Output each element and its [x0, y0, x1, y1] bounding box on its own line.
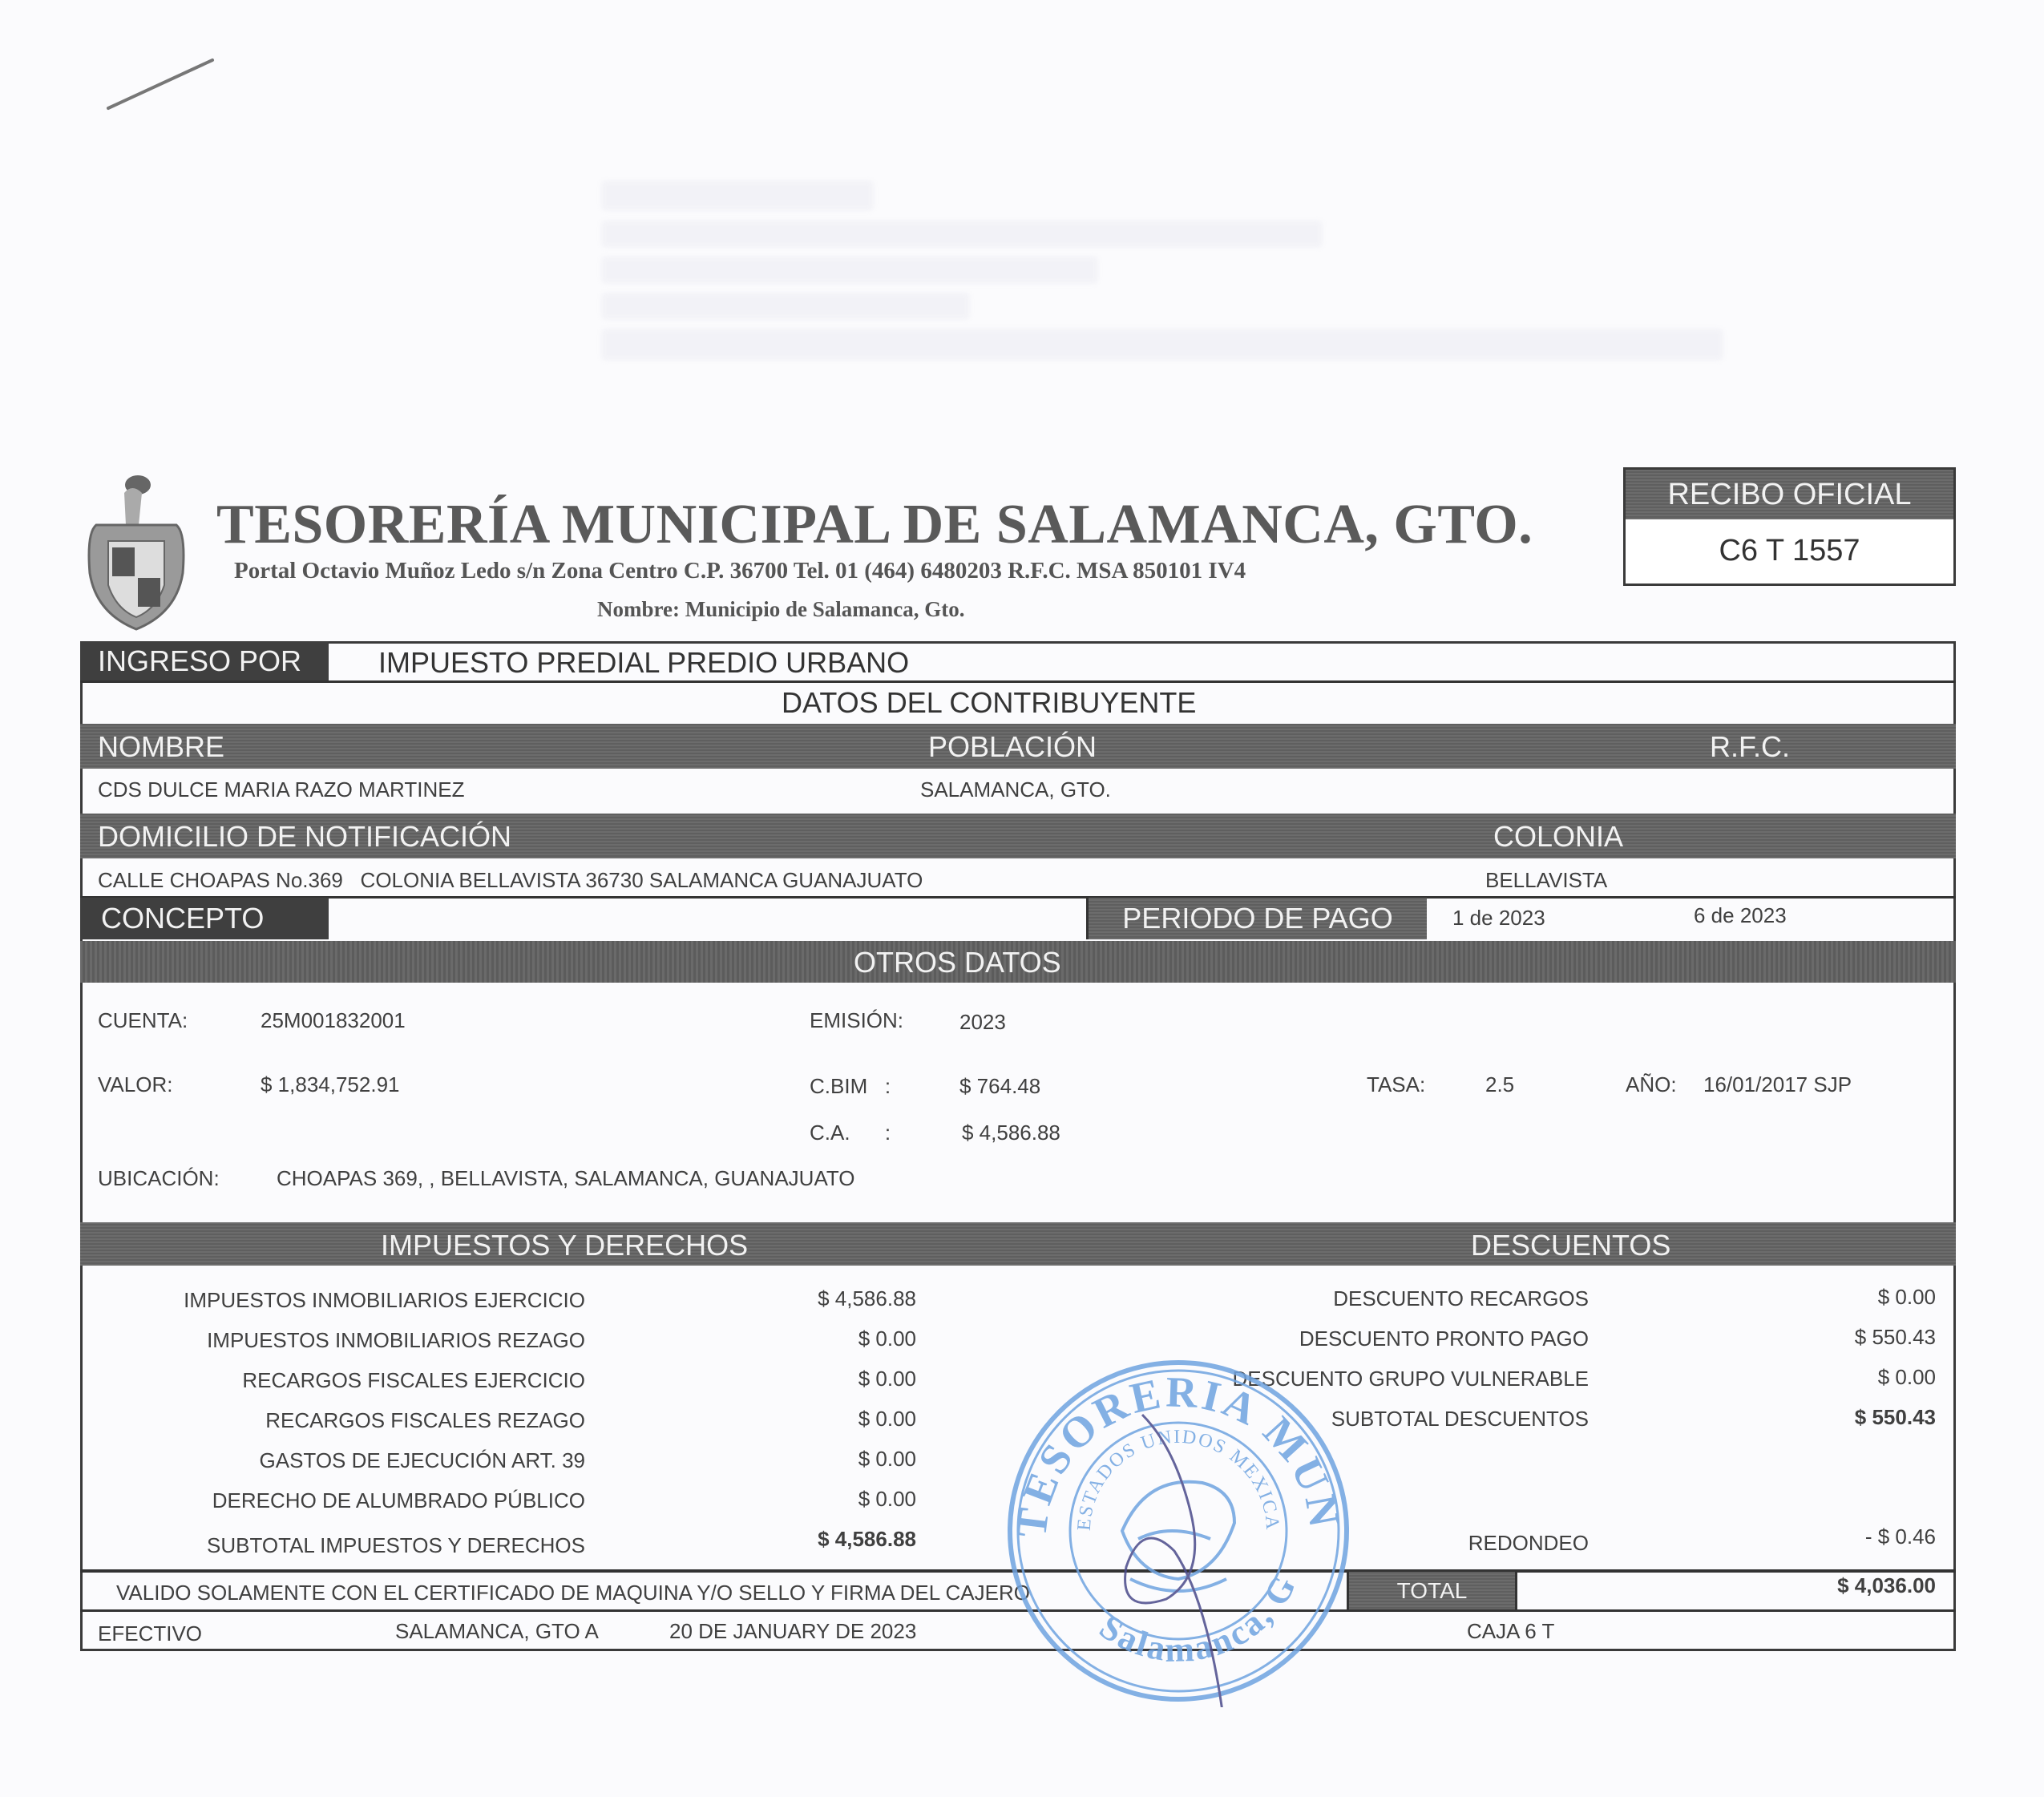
header-name-line: Nombre: Municipio de Salamanca, Gto. — [597, 597, 965, 622]
receipt-number: C6 T 1557 — [1626, 519, 1953, 584]
total-label-cell: TOTAL — [1349, 1572, 1517, 1610]
bleed-through-text — [601, 180, 874, 211]
impuesto-item-label: IMPUESTOS INMOBILIARIOS REZAGO — [80, 1328, 585, 1353]
ubicacion-value: CHOAPAS 369, , BELLAVISTA, SALAMANCA, GU… — [277, 1166, 855, 1191]
ingreso-label: INGRESO POR — [98, 644, 301, 677]
contribuyente-section-title: DATOS DEL CONTRIBUYENTE — [782, 686, 1196, 720]
page-title: TESORERÍA MUNICIPAL DE SALAMANCA, GTO. — [216, 493, 1533, 557]
nombre-value: CDS DULCE MARIA RAZO MARTINEZ — [98, 777, 464, 802]
otros-section-title: OTROS DATOS — [854, 946, 1061, 979]
descuentos-subtotal-value: $ 550.43 — [1723, 1405, 1936, 1430]
cbim-value: $ 764.48 — [959, 1074, 1040, 1099]
colonia-value: BELLAVISTA — [1485, 868, 1607, 893]
emision-value: 2023 — [959, 1010, 1006, 1035]
divider — [80, 680, 1956, 683]
otros-header-bar: OTROS DATOS — [80, 941, 1956, 983]
periodo-desde: 1 de 2023 — [1452, 906, 1545, 931]
bleed-through-text — [601, 256, 1098, 284]
impuestos-section-title: IMPUESTOS Y DERECHOS — [381, 1229, 748, 1262]
ca-label: C.A. : — [810, 1121, 891, 1145]
nombre-label: NOMBRE — [98, 730, 224, 764]
bleed-through-text — [601, 220, 1323, 248]
validity-note: VALIDO SOLAMENTE CON EL CERTIFICADO DE M… — [116, 1581, 1030, 1605]
periodo-hasta: 6 de 2023 — [1694, 903, 1787, 928]
cbim-label: C.BIM : — [810, 1074, 891, 1099]
divider — [80, 896, 1956, 898]
cuenta-value: 25M001832001 — [261, 1008, 406, 1033]
official-seal-stamp: TESORERIA MUNICIPAL ESTADOS UNIDOS MEXIC… — [1002, 1355, 1355, 1707]
bleed-through-text — [601, 293, 970, 320]
impuesto-item-amount: $ 0.00 — [721, 1487, 916, 1512]
ubicacion-label: UBICACIÓN: — [98, 1166, 220, 1191]
impuesto-item-label: RECARGOS FISCALES REZAGO — [80, 1408, 585, 1433]
payment-method: EFECTIVO — [98, 1621, 202, 1646]
impuestos-header-bar: IMPUESTOS Y DERECHOS DESCUENTOS — [80, 1222, 1956, 1266]
anio-value: 16/01/2017 SJP — [1703, 1072, 1852, 1097]
periodo-label-cell: PERIODO DE PAGO — [1086, 898, 1427, 939]
cashier: CAJA 6 T — [1467, 1619, 1554, 1644]
periodo-label: PERIODO DE PAGO — [1122, 902, 1392, 935]
ingreso-label-cell: INGRESO POR — [80, 641, 329, 681]
tasa-value: 2.5 — [1485, 1072, 1514, 1097]
impuesto-item-amount: $ 0.00 — [721, 1447, 916, 1472]
header-address: Portal Octavio Muñoz Ledo s/n Zona Centr… — [234, 558, 1246, 584]
domicilio-label: DOMICILIO DE NOTIFICACIÓN — [98, 820, 511, 854]
descuentos-section-title: DESCUENTOS — [1471, 1229, 1670, 1262]
municipal-crest-icon — [80, 469, 192, 637]
concepto-label: CONCEPTO — [101, 902, 264, 935]
descuento-item-amount: $ 0.00 — [1723, 1365, 1936, 1390]
payment-place: SALAMANCA, GTO A — [395, 1619, 599, 1644]
ca-value: $ 4,586.88 — [962, 1121, 1060, 1145]
receipt-label-bar: RECIBO OFICIAL — [1626, 470, 1953, 519]
tasa-label: TASA: — [1367, 1072, 1425, 1097]
eagle-emblem-icon — [1122, 1482, 1234, 1591]
impuesto-item-label: IMPUESTOS INMOBILIARIOS EJERCICIO — [80, 1288, 585, 1313]
cuenta-label: CUENTA: — [98, 1008, 188, 1033]
rfc-label: R.F.C. — [1710, 730, 1790, 764]
bleed-through-text — [601, 329, 1723, 361]
poblacion-label: POBLACIÓN — [928, 730, 1097, 764]
domicilio-header-bar: DOMICILIO DE NOTIFICACIÓN COLONIA — [80, 814, 1956, 858]
emision-label: EMISIÓN: — [810, 1008, 903, 1033]
impuesto-item-label: DERECHO DE ALUMBRADO PÚBLICO — [80, 1488, 585, 1513]
poblacion-value: SALAMANCA, GTO. — [920, 777, 1111, 802]
valor-value: $ 1,834,752.91 — [261, 1072, 400, 1097]
total-value: $ 4,036.00 — [1723, 1573, 1936, 1598]
anio-label: AÑO: — [1626, 1072, 1677, 1097]
descuento-item-amount: $ 550.43 — [1723, 1325, 1936, 1350]
receipt-label: RECIBO OFICIAL — [1667, 478, 1911, 511]
pen-mark — [96, 48, 224, 120]
total-label: TOTAL — [1397, 1578, 1468, 1603]
payment-date: 20 DE JANUARY DE 2023 — [669, 1619, 916, 1644]
descuento-item-amount: $ 0.00 — [1723, 1285, 1936, 1310]
impuestos-subtotal-label: SUBTOTAL IMPUESTOS Y DERECHOS — [80, 1533, 585, 1558]
descuento-item-label: DESCUENTO RECARGOS — [1122, 1286, 1589, 1311]
impuesto-item-label: RECARGOS FISCALES EJERCICIO — [80, 1368, 585, 1393]
colonia-label: COLONIA — [1493, 820, 1623, 854]
impuesto-item-amount: $ 4,586.88 — [721, 1286, 916, 1311]
impuesto-item-label: GASTOS DE EJECUCIÓN ART. 39 — [80, 1448, 585, 1473]
impuesto-item-amount: $ 0.00 — [721, 1407, 916, 1432]
valor-label: VALOR: — [98, 1072, 172, 1097]
impuesto-item-amount: $ 0.00 — [721, 1327, 916, 1351]
descuento-item-label: DESCUENTO PRONTO PAGO — [1122, 1327, 1589, 1351]
ingreso-value: IMPUESTO PREDIAL PREDIO URBANO — [378, 646, 909, 680]
redondeo-value: - $ 0.46 — [1723, 1524, 1936, 1549]
nombre-header-bar: NOMBRE POBLACIÓN R.F.C. — [80, 724, 1956, 769]
impuesto-item-amount: $ 0.00 — [721, 1367, 916, 1391]
concepto-label-cell: CONCEPTO — [80, 898, 329, 939]
receipt-box: RECIBO OFICIAL C6 T 1557 — [1623, 467, 1956, 586]
domicilio-value: CALLE CHOAPAS No.369 COLONIA BELLAVISTA … — [98, 868, 923, 893]
impuestos-subtotal-value: $ 4,586.88 — [721, 1527, 916, 1552]
